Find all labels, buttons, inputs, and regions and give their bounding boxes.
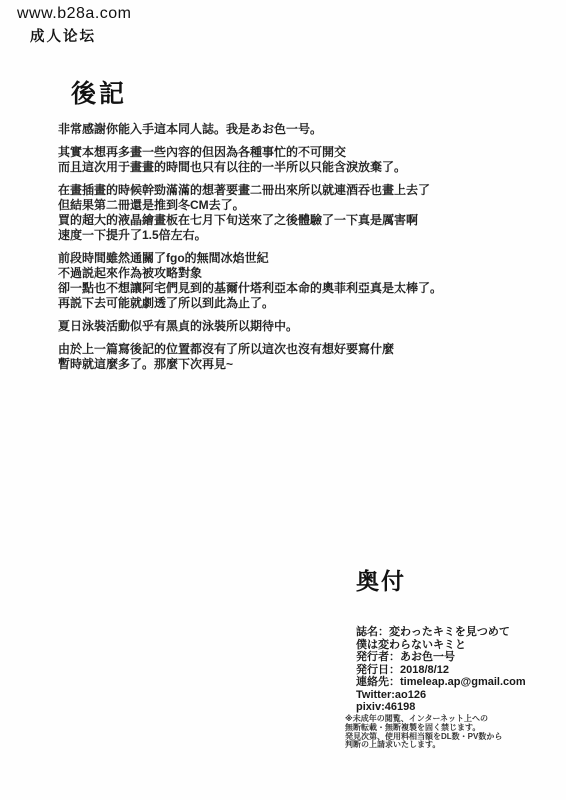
afterword-paragraph-6: 由於上一篇寫後記的位置都沒有了所以這次也沒有想好要寫什麼 暫時就這麼多了。那麼下… — [58, 342, 518, 372]
colophon-title: 奥付 — [356, 563, 406, 596]
text-line: 卻一點也不想讓阿宅們見到的基爾什塔利亞本命的奧菲利亞真是太棒了。 — [58, 281, 518, 296]
text-line: 由於上一篇寫後記的位置都沒有了所以這次也沒有想好要寫什麼 — [58, 342, 518, 357]
colophon-publish-date: 発行日：2018/8/12 — [356, 664, 526, 677]
colophon-book-subtitle: 僕は変わらないキミと — [356, 639, 526, 652]
watermark: www.b28a.com 成人论坛 — [17, 5, 132, 46]
text-line: 買的超大的液晶繪畫板在七月下旬送來了之後體驗了一下真是厲害啊 — [58, 213, 518, 228]
colophon-contact-email: 連絡先：timeleap.ap@gmail.com — [356, 676, 526, 689]
watermark-url: www.b28a.com — [17, 5, 132, 23]
afterword-paragraph-4: 前段時間雖然通關了fgo的無間冰焰世紀 不過説起來作為被攻略對象 卻一點也不想讓… — [58, 251, 518, 311]
text-line: 在畫插畫的時候幹勁滿滿的想著要畫二冊出來所以就連酒吞也畫上去了 — [58, 183, 518, 198]
text-line: 不過説起來作為被攻略對象 — [58, 266, 518, 281]
afterword-body: 非常感謝你能入手這本同人誌。我是あお色一号。 其實本想再多畫一些內容的但因為各種… — [58, 122, 518, 380]
colophon-twitter: Twitter:ao126 — [356, 689, 526, 702]
afterword-paragraph-3: 在畫插畫的時候幹勁滿滿的想著要畫二冊出來所以就連酒吞也畫上去了 但結果第二冊還是… — [58, 183, 518, 243]
afterword-paragraph-1: 非常感謝你能入手這本同人誌。我是あお色一号。 — [58, 122, 518, 137]
text-line: 前段時間雖然通關了fgo的無間冰焰世紀 — [58, 251, 518, 266]
text-line: 夏日泳裝活動似乎有黑貞的泳裝所以期待中。 — [58, 319, 518, 334]
text-line: 非常感謝你能入手這本同人誌。我是あお色一号。 — [58, 122, 518, 137]
disclaimer-line: 判断の上請求いたします。 — [345, 741, 502, 750]
colophon-disclaimer: ※未成年の閲覧、インターネット上への 無断転載・無断複製を固く禁じます。 発見次… — [345, 715, 502, 750]
text-line: 速度一下提升了1.5倍左右。 — [58, 228, 518, 243]
text-line: 暫時就這麼多了。那麼下次再見~ — [58, 357, 518, 372]
afterword-paragraph-2: 其實本想再多畫一些內容的但因為各種事忙的不可開交 而且這次用于畫畫的時間也只有以… — [58, 145, 518, 175]
colophon-publisher: 発行者：あお色一号 — [356, 651, 526, 664]
text-line: 但結果第二冊還是推到冬CM去了。 — [58, 198, 518, 213]
text-line: 其實本想再多畫一些內容的但因為各種事忙的不可開交 — [58, 145, 518, 160]
watermark-forum-label: 成人论坛 — [30, 25, 132, 46]
colophon-info: 誌名：変わったキミを見つめて 僕は変わらないキミと 発行者：あお色一号 発行日：… — [356, 626, 526, 714]
text-line: 再説下去可能就劇透了所以到此為止了。 — [58, 296, 518, 311]
colophon-book-title: 誌名：変わったキミを見つめて — [356, 626, 526, 639]
colophon-pixiv: pixiv:46198 — [356, 701, 526, 714]
text-line: 而且這次用于畫畫的時間也只有以往的一半所以只能含淚放棄了。 — [58, 160, 518, 175]
afterword-paragraph-5: 夏日泳裝活動似乎有黑貞的泳裝所以期待中。 — [58, 319, 518, 334]
doujin-afterword-page: www.b28a.com 成人论坛 後記 非常感謝你能入手這本同人誌。我是あお色… — [0, 0, 566, 800]
afterword-title: 後記 — [71, 74, 127, 110]
